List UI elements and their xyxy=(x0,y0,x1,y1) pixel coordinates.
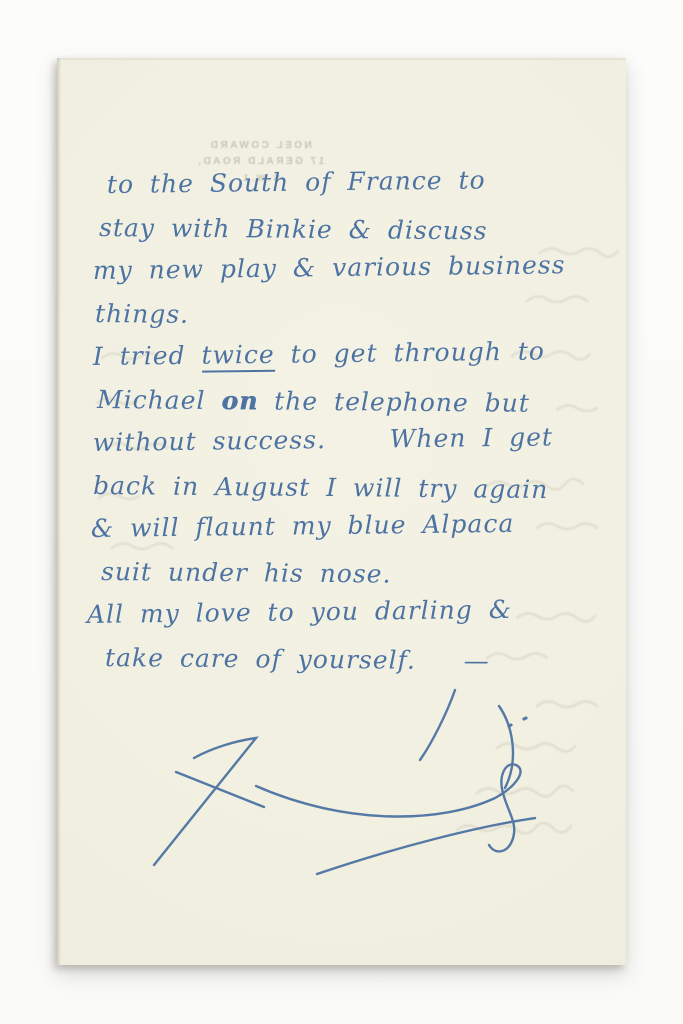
letter-text-segment: to the South of France to xyxy=(107,165,486,199)
letter-line: All my love to you darling & xyxy=(87,594,605,643)
letter-line: my new play & various business xyxy=(93,250,605,299)
letter-line: & will flaunt my blue Alpaca xyxy=(91,508,605,557)
letter-text-segment: suit under his nose. xyxy=(101,557,392,589)
letter-text-segment: back in August I will try again xyxy=(93,471,549,504)
letter-text-segment: to get through to xyxy=(275,336,546,368)
letter-paper: NOEL COWARD 17 GERALD ROAD, S.W.1 to the… xyxy=(57,58,626,965)
letter-text-segment: twice xyxy=(201,340,275,373)
letter-text-segment: things. xyxy=(95,299,189,329)
letter-text-segment: stay with Binkie & discuss xyxy=(99,213,488,245)
letter-text-segment: my new play & various business xyxy=(93,250,566,285)
letter-text-segment: I tried xyxy=(93,341,202,371)
letter-text-segment: without success. When I get xyxy=(93,422,553,457)
letter-line: without success. When I get xyxy=(93,422,605,471)
letter-text-segment: All my love to you darling & xyxy=(87,595,512,629)
letter-line: to the South of France to xyxy=(107,164,605,213)
letter-text-segment: Michael xyxy=(97,385,222,415)
letter-text-segment: take care of yourself. — xyxy=(105,643,490,675)
letter-text-segment: & will flaunt my blue Alpaca xyxy=(91,509,515,543)
letter-text-segment: the telephone but xyxy=(258,386,530,417)
photo-background: NOEL COWARD 17 GERALD ROAD, S.W.1 to the… xyxy=(0,0,683,1024)
handwritten-letter-text: to the South of France tostay with Binki… xyxy=(93,170,605,686)
letter-line: I tried twice to get through to xyxy=(93,336,605,385)
letterhead-line-name: NOEL COWARD xyxy=(175,138,345,154)
letter-text-segment: on xyxy=(221,386,258,415)
letter-line: take care of yourself. — xyxy=(105,643,605,690)
